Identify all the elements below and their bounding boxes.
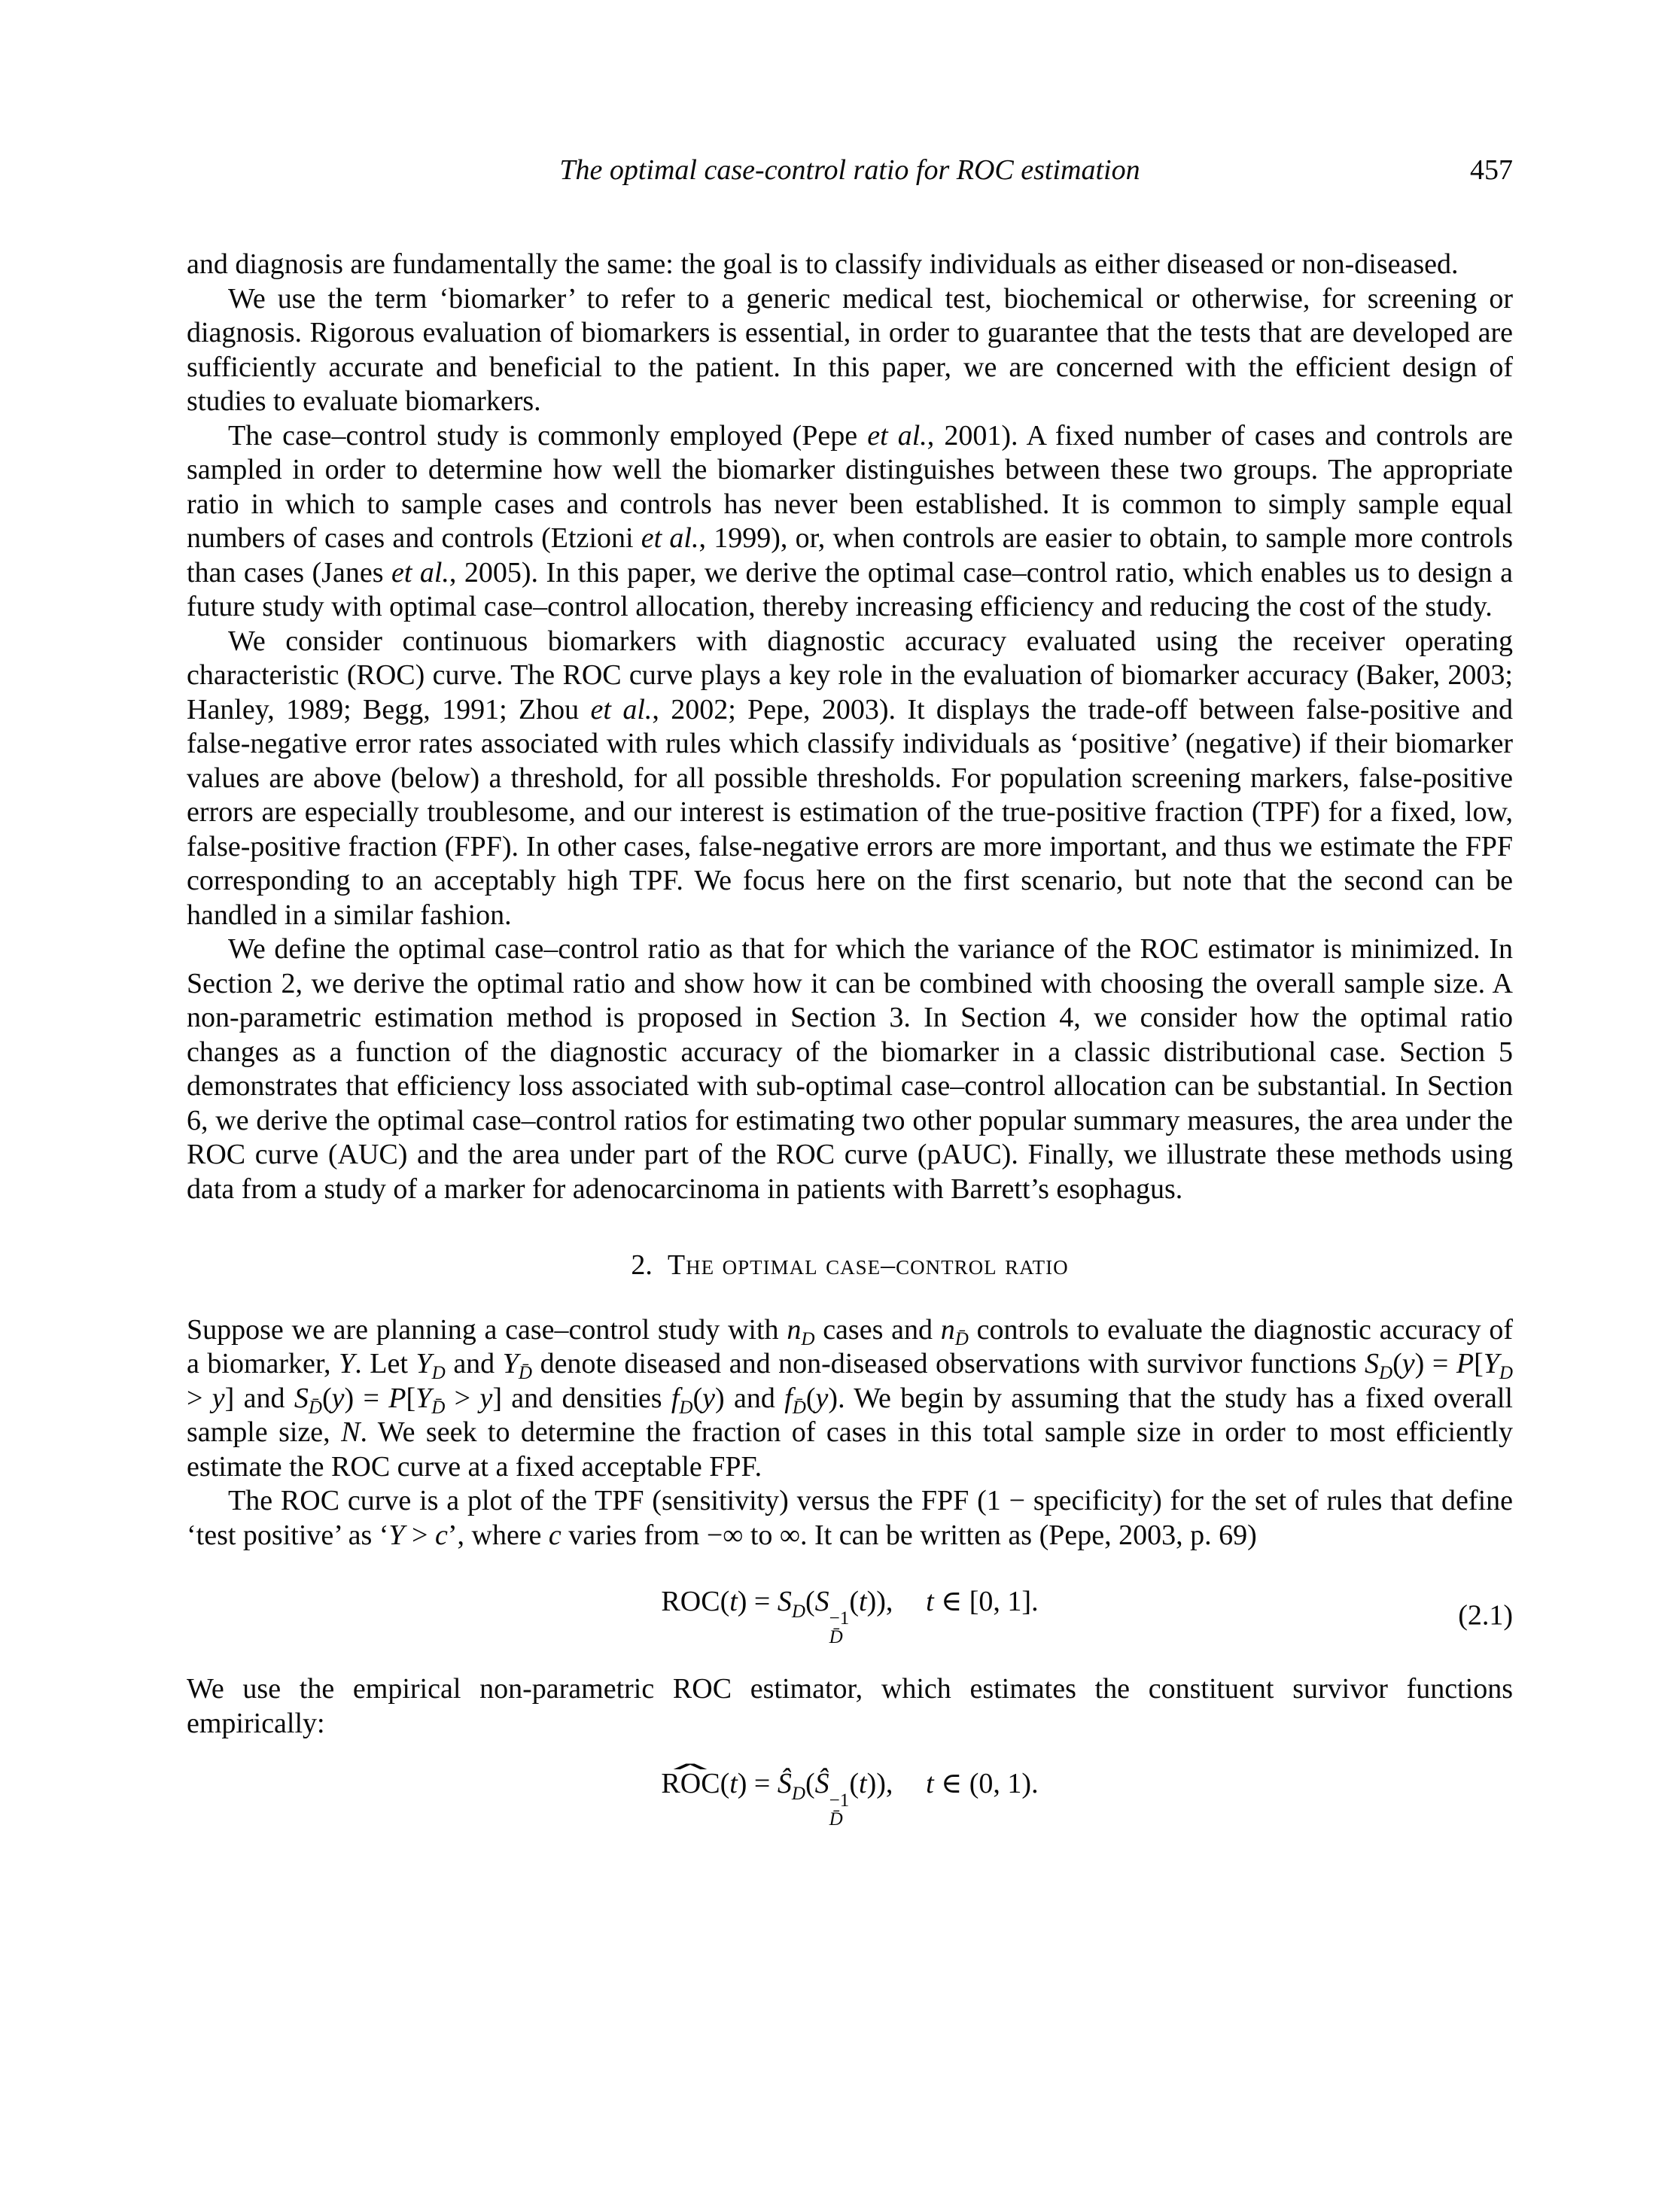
paragraph: We define the optimal case–control ratio… <box>187 932 1513 1206</box>
equation-empirical: ROC(t) = ŜD(Ŝ−1D̄(t)),t ∈ (0, 1). <box>187 1766 1513 1829</box>
equation-2-1: ROC(t) = SD(S−1D̄(t)),t ∈ [0, 1]. (2.1) <box>187 1584 1513 1647</box>
paragraph: The ROC curve is a plot of the TPF (sens… <box>187 1484 1513 1553</box>
paragraph: We consider continuous biomarkers with d… <box>187 625 1513 933</box>
page-number: 457 <box>1470 153 1513 187</box>
paragraph: and diagnosis are fundamentally the same… <box>187 248 1513 282</box>
paragraph: We use the term ‘biomarker’ to refer to … <box>187 282 1513 419</box>
running-head: The optimal case-control ratio for ROC e… <box>187 153 1513 187</box>
equation-label: (2.1) <box>1458 1598 1513 1634</box>
section-heading: 2.The optimal case–control ratio <box>187 1249 1513 1283</box>
paragraph: The case–control study is commonly emplo… <box>187 419 1513 625</box>
equation-roc-empirical: ROC(t) = ŜD(Ŝ−1D̄(t)),t ∈ (0, 1). <box>661 1768 1038 1799</box>
section-title: The optimal case–control ratio <box>668 1249 1069 1281</box>
journal-page: The optimal case-control ratio for ROC e… <box>0 0 1680 2187</box>
article-body: and diagnosis are fundamentally the same… <box>187 248 1513 1829</box>
section-number: 2. <box>631 1249 653 1281</box>
paragraph: We use the empirical non-parametric ROC … <box>187 1672 1513 1741</box>
equation-roc-definition: ROC(t) = SD(S−1D̄(t)),t ∈ [0, 1]. <box>661 1586 1038 1617</box>
paragraph: Suppose we are planning a case–control s… <box>187 1313 1513 1485</box>
running-head-title: The optimal case-control ratio for ROC e… <box>559 154 1140 186</box>
